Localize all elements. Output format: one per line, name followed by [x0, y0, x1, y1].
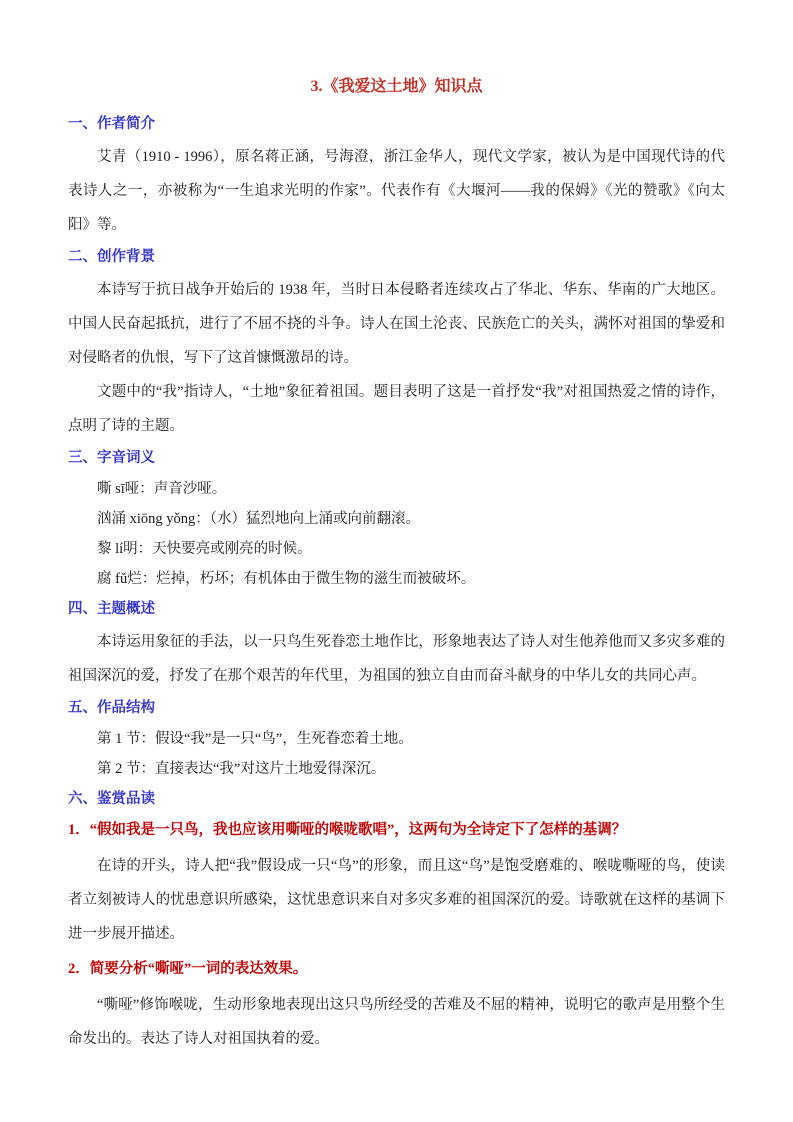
document-page: 3.《我爱这土地》知识点 一、作者简介 艾青（1910 - 1996），原名蒋正…	[0, 0, 793, 1122]
question-2: 2．简要分析“嘶哑”一词的表达效果。	[68, 957, 725, 982]
answer-2: “嘶哑”修饰喉咙，生动形象地表现出这只鸟所经受的苦难及不屈的精神，说明它的歌声是…	[68, 988, 725, 1056]
answer-1: 在诗的开头，诗人把“我”假设成一只“鸟”的形象，而且这“鸟”是饱受磨难的、喉咙嘶…	[68, 849, 725, 951]
definition-fulan: 腐 fǔ烂：烂掉，朽坏；有机体由于微生物的滋生而被破坏。	[68, 564, 725, 594]
section-heading-pronunciation: 三、字音词义	[68, 446, 725, 471]
definition-liming: 黎 lí明：天快要亮或刚亮的时候。	[68, 534, 725, 564]
document-title: 3.《我爱这土地》知识点	[68, 76, 725, 98]
paragraph-author-intro: 艾青（1910 - 1996），原名蒋正涵，号海澄，浙江金华人，现代文学家，被认…	[68, 140, 725, 242]
structure-item-1: 第 1 节：假设“我”是一只“鸟”，生死眷恋着土地。	[68, 724, 725, 754]
section-heading-structure: 五、作品结构	[68, 696, 725, 721]
structure-item-2: 第 2 节：直接表达“我”对这片土地爱得深沉。	[68, 754, 725, 784]
section-heading-background: 二、创作背景	[68, 245, 725, 270]
section-heading-appreciation: 六、鉴赏品读	[68, 787, 725, 812]
paragraph-theme: 本诗运用象征的手法，以一只鸟生死眷恋土地作比，形象地表达了诗人对生他养他而又多灾…	[68, 625, 725, 693]
document-content: 3.《我爱这土地》知识点 一、作者简介 艾青（1910 - 1996），原名蒋正…	[0, 0, 793, 1056]
section-heading-author-intro: 一、作者简介	[68, 112, 725, 137]
definition-xiongyong: 汹涌 xiōng yǒng：（水）猛烈地向上涌或向前翻滚。	[68, 504, 725, 534]
question-1: 1．“假如我是一只鸟，我也应该用嘶哑的喉咙歌唱”，这两句为全诗定下了怎样的基调？	[68, 818, 725, 843]
definition-siya: 嘶 sī哑：声音沙哑。	[68, 474, 725, 504]
paragraph-background-1: 本诗写于抗日战争开始后的 1938 年，当时日本侵略者连续攻占了华北、华东、华南…	[68, 273, 725, 375]
section-heading-theme: 四、主题概述	[68, 597, 725, 622]
paragraph-background-2: 文题中的“我”指诗人，“土地”象征着祖国。题目表明了这是一首抒发“我”对祖国热爱…	[68, 375, 725, 443]
